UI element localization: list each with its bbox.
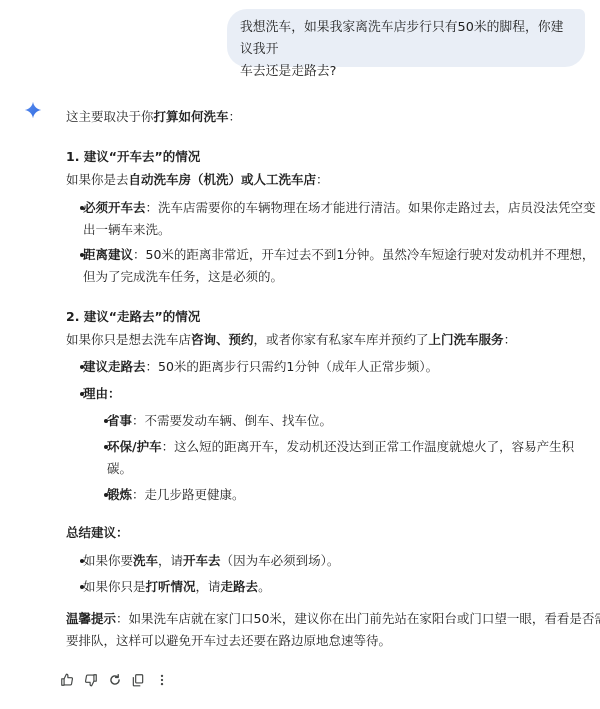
gemini-sparkle-icon bbox=[24, 101, 42, 119]
user-message-bubble: 我想洗车，如果我家离洗车店步行只有50米的脚程，你建议我开 车去还是走路去? bbox=[227, 9, 585, 67]
reason-text: ：不需要发动车辆、倒车、找车位。 bbox=[132, 413, 332, 428]
bullet-text: ：50米的距离非常近，开车过去不到1分钟。虽然冷车短途行驶对发动机并不理想， bbox=[133, 247, 594, 262]
lead-bold: 上门洗车服务 bbox=[429, 332, 504, 347]
summary-bold: 走路去 bbox=[221, 579, 259, 594]
regenerate-button[interactable] bbox=[106, 671, 124, 689]
section1-heading: 1. 建议“开车去”的情况 bbox=[66, 146, 200, 168]
reason-text: ：这么短的距离开车，发动机还没达到正常工作温度就熄火了，容易产生积 bbox=[162, 439, 575, 454]
bullet-text: ：50米的距离步行只需约1分钟（成年人正常步频）。 bbox=[146, 359, 439, 374]
more-options-button[interactable] bbox=[153, 671, 171, 689]
lead-bold: 自动洗车房（机洗）或人工洗车店 bbox=[129, 172, 317, 187]
summary-text: 如果你只是 bbox=[83, 579, 146, 594]
tip-bold: 温馨提示 bbox=[66, 611, 116, 626]
section1-bullet-1: 必须开车去：洗车店需要你的车辆物理在场才能进行清洁。如果你走路过去，店员没法凭空… bbox=[83, 197, 596, 219]
summary-text: ，请 bbox=[196, 579, 221, 594]
lead-text: 如果你是去 bbox=[66, 172, 129, 187]
section1-lead: 如果你是去自动洗车房（机洗）或人工洗车店： bbox=[66, 169, 329, 191]
thumbs-down-button[interactable] bbox=[82, 671, 100, 689]
lead-tail: ： bbox=[504, 332, 517, 347]
intro-tail: ： bbox=[229, 109, 242, 124]
summary-text: ，请 bbox=[158, 553, 183, 568]
reason-text: ：走几步路更健康。 bbox=[132, 487, 245, 502]
section2-bullet-2: 理由： bbox=[83, 383, 121, 405]
reason-bold: 省事 bbox=[107, 413, 132, 428]
lead-bold: 咨询、预约 bbox=[191, 332, 254, 347]
tip-paragraph-cont: 要排队，这样可以避免开车过去还要在路边原地怠速等待。 bbox=[66, 630, 391, 652]
summary-heading: 总结建议： bbox=[66, 522, 129, 544]
summary-text: （因为车必须到场）。 bbox=[221, 553, 340, 568]
bullet-bold: 建议走路去 bbox=[83, 359, 146, 374]
copy-icon bbox=[131, 673, 145, 687]
regenerate-icon bbox=[108, 673, 122, 687]
bullet-text: ：洗车店需要你的车辆物理在场才能进行清洁。如果你走路过去，店员没法凭空变 bbox=[146, 200, 596, 215]
user-message-line: 车去还是走路去? bbox=[240, 61, 573, 83]
reason-bold: 锻炼 bbox=[107, 487, 132, 502]
reason-item-1: 省事：不需要发动车辆、倒车、找车位。 bbox=[107, 410, 332, 432]
intro-text: 这主要取决于你 bbox=[66, 109, 154, 124]
summary-text: 。 bbox=[258, 579, 271, 594]
bullet-bold: 距离建议 bbox=[83, 247, 133, 262]
summary-bullet-1: 如果你要洗车，请开车去（因为车必须到场）。 bbox=[83, 550, 339, 572]
reason-bold: 环保/护车 bbox=[107, 439, 162, 454]
bullet-bold: 理由 bbox=[83, 386, 108, 401]
tip-paragraph: 温馨提示：如果洗车店就在家门口50米，建议你在出门前先站在家阳台或门口望一眼，看… bbox=[66, 608, 600, 630]
summary-bold: 开车去 bbox=[183, 553, 221, 568]
section1-bullet-2: 距离建议：50米的距离非常近，开车过去不到1分钟。虽然冷车短途行驶对发动机并不理… bbox=[83, 244, 594, 266]
more-options-icon bbox=[155, 673, 169, 687]
bullet-bold: 必须开车去 bbox=[83, 200, 146, 215]
summary-bullet-2: 如果你只是打听情况，请走路去。 bbox=[83, 576, 271, 598]
bullet-text: ： bbox=[108, 386, 121, 401]
reason-item-2-cont: 碳。 bbox=[107, 458, 132, 480]
reason-item-3: 锻炼：走几步路更健康。 bbox=[107, 484, 245, 506]
summary-bold: 洗车 bbox=[133, 553, 158, 568]
copy-button[interactable] bbox=[129, 671, 147, 689]
reason-item-2: 环保/护车：这么短的距离开车，发动机还没达到正常工作温度就熄火了，容易产生积 bbox=[107, 436, 574, 458]
lead-text: 如果你只是想去洗车店 bbox=[66, 332, 191, 347]
summary-text: 如果你要 bbox=[83, 553, 133, 568]
thumbs-up-button[interactable] bbox=[58, 671, 76, 689]
intro-paragraph: 这主要取决于你打算如何洗车： bbox=[66, 106, 241, 128]
lead-tail: ： bbox=[316, 172, 329, 187]
intro-bold: 打算如何洗车 bbox=[154, 109, 229, 124]
lead-text: ，或者你家有私家车库并预约了 bbox=[254, 332, 429, 347]
thumbs-up-icon bbox=[60, 673, 74, 687]
section1-bullet-1-cont: 出一辆车来洗。 bbox=[83, 219, 171, 241]
summary-bold: 打听情况 bbox=[146, 579, 196, 594]
section2-heading: 2. 建议“走路去”的情况 bbox=[66, 306, 200, 328]
section1-bullet-2-cont: 但为了完成洗车任务，这是必须的。 bbox=[83, 266, 283, 288]
thumbs-down-icon bbox=[84, 673, 98, 687]
section2-lead: 如果你只是想去洗车店咨询、预约，或者你家有私家车库并预约了上门洗车服务： bbox=[66, 329, 516, 351]
tip-text: ：如果洗车店就在家门口50米，建议你在出门前先站在家阳台或门口望一眼，看看是否需 bbox=[116, 611, 600, 626]
section2-bullet-1: 建议走路去：50米的距离步行只需约1分钟（成年人正常步频）。 bbox=[83, 356, 438, 378]
user-message-line: 我想洗车，如果我家离洗车店步行只有50米的脚程，你建议我开 bbox=[240, 17, 573, 61]
